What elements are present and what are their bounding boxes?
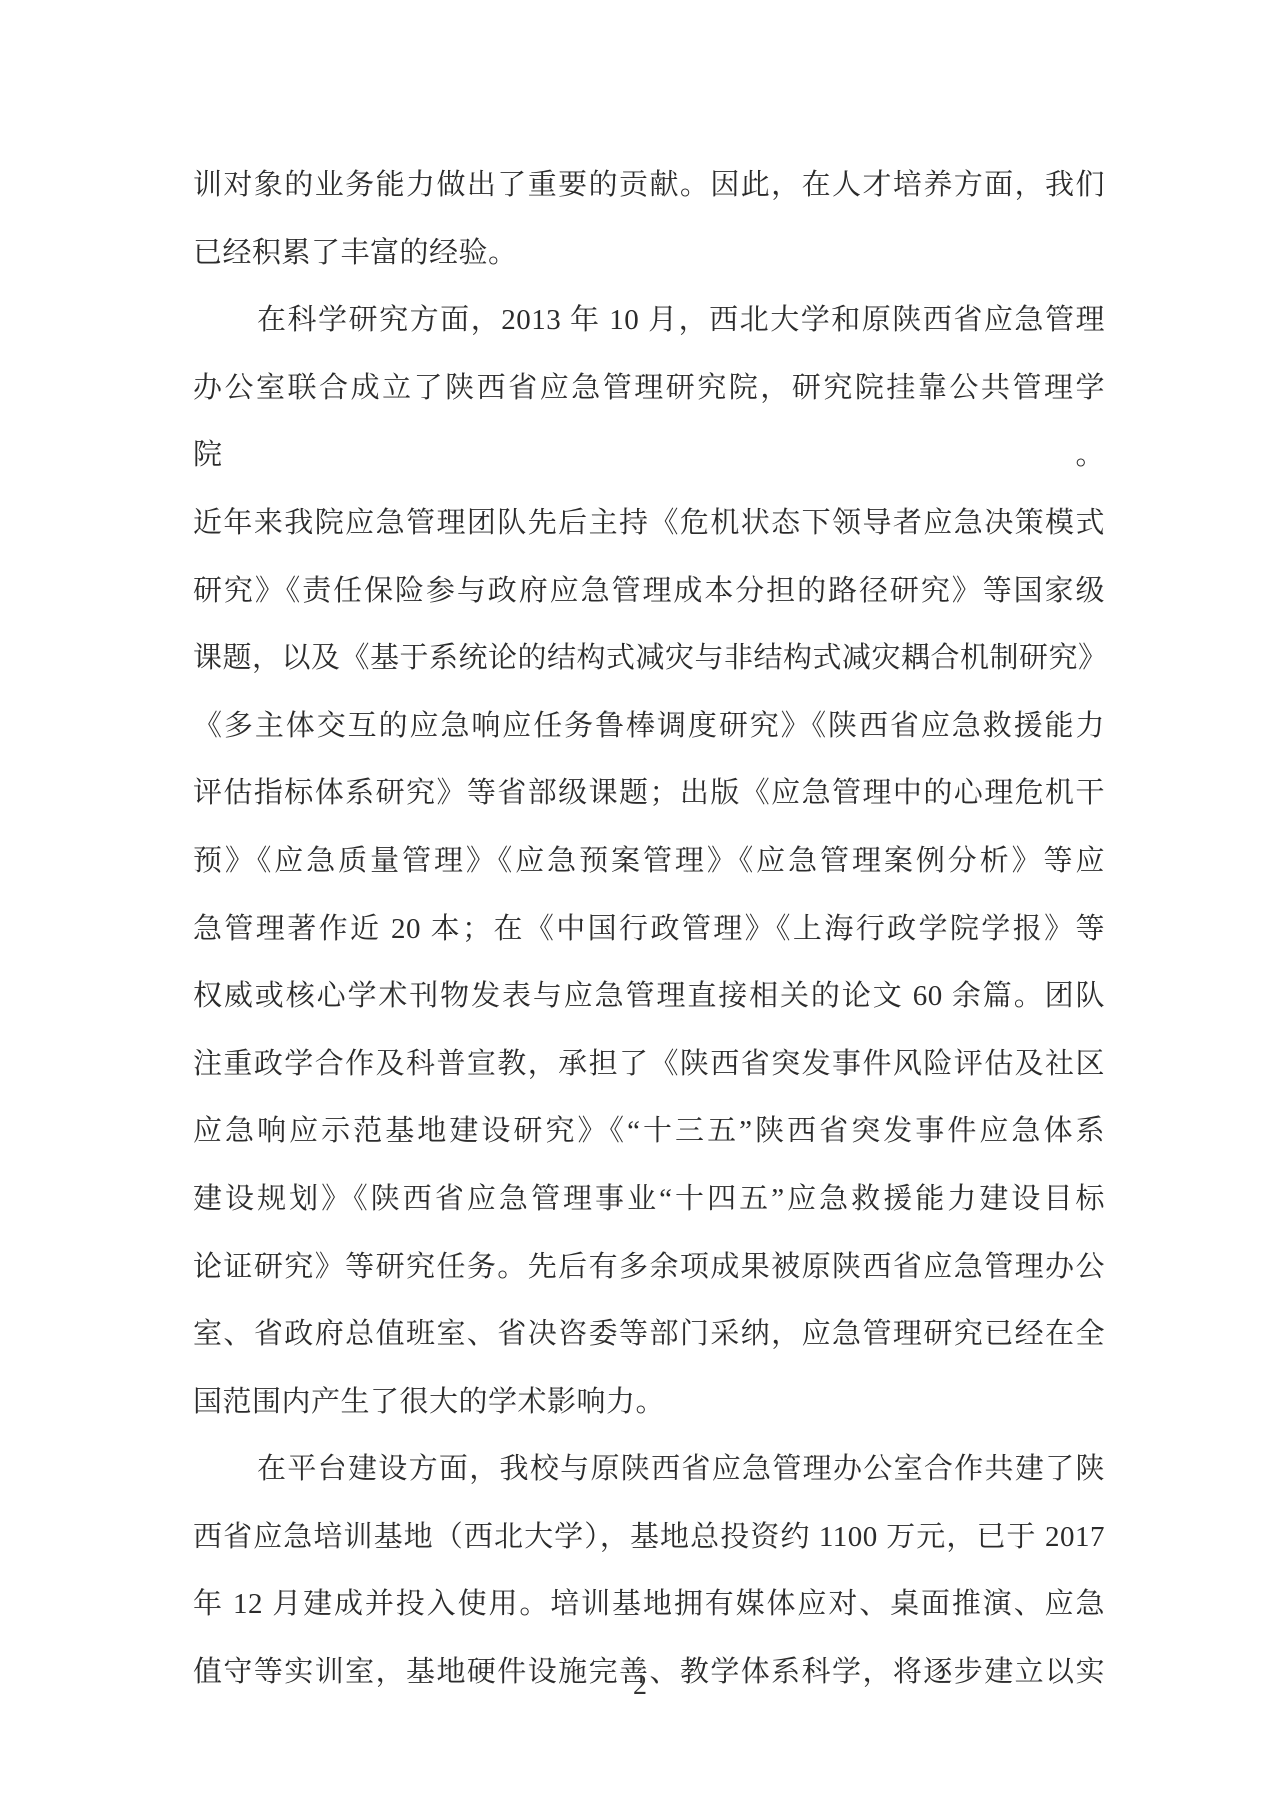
text-line: 建设规划》《陕西省应急管理事业“十四五”应急救援能力建设目标 bbox=[193, 1166, 1105, 1234]
text-line: 已经积累了丰富的经验。 bbox=[193, 220, 1105, 288]
text-line: 近年来我院应急管理团队先后主持《危机状态下领导者应急决策模式 bbox=[193, 490, 1105, 558]
document-page: 训对象的业务能力做出了重要的贡献。因此，在人才培养方面，我们 已经积累了丰富的经… bbox=[0, 0, 1280, 1809]
text-line: 评估指标体系研究》等省部级课题；出版《应急管理中的心理危机干 bbox=[193, 760, 1105, 828]
text-line: 训对象的业务能力做出了重要的贡献。因此，在人才培养方面，我们 bbox=[193, 152, 1105, 220]
text-line: 课题，以及《基于系统论的结构式减灾与非结构式减灾耦合机制研究》 bbox=[193, 625, 1105, 693]
text-line: 研究》《责任保险参与政府应急管理成本分担的路径研究》等国家级 bbox=[193, 558, 1105, 626]
text-line: 应急响应示范基地建设研究》《“十三五”陕西省突发事件应急体系 bbox=[193, 1098, 1105, 1166]
text-line: 在平台建设方面，我校与原陕西省应急管理办公室合作共建了陕 bbox=[193, 1436, 1105, 1504]
text-line: 在科学研究方面，2013 年 10 月，西北大学和原陕西省应急管理 bbox=[193, 287, 1105, 355]
text-line: 国范围内产生了很大的学术影响力。 bbox=[193, 1369, 1105, 1437]
page-number: 2 bbox=[0, 1668, 1280, 1704]
text-line: 论证研究》等研究任务。先后有多余项成果被原陕西省应急管理办公 bbox=[193, 1234, 1105, 1302]
text-line: 注重政学合作及科普宣教，承担了《陕西省突发事件风险评估及社区 bbox=[193, 1031, 1105, 1099]
text-line: 室、省政府总值班室、省决咨委等部门采纳，应急管理研究已经在全 bbox=[193, 1301, 1105, 1369]
text-line: 办公室联合成立了陕西省应急管理研究院，研究院挂靠公共管理学院。 bbox=[193, 355, 1105, 490]
text-line: 预》《应急质量管理》《应急预案管理》《应急管理案例分析》等应 bbox=[193, 828, 1105, 896]
text-line: 急管理著作近 20 本；在《中国行政管理》《上海行政学院学报》等 bbox=[193, 896, 1105, 964]
text-line: 年 12 月建成并投入使用。培训基地拥有媒体应对、桌面推演、应急 bbox=[193, 1571, 1105, 1639]
document-body: 训对象的业务能力做出了重要的贡献。因此，在人才培养方面，我们 已经积累了丰富的经… bbox=[193, 152, 1105, 1707]
text-line: 西省应急培训基地（西北大学），基地总投资约 1100 万元，已于 2017 bbox=[193, 1504, 1105, 1572]
text-line: 《多主体交互的应急响应任务鲁棒调度研究》《陕西省应急救援能力 bbox=[193, 693, 1105, 761]
text-line: 权威或核心学术刊物发表与应急管理直接相关的论文 60 余篇。团队 bbox=[193, 963, 1105, 1031]
